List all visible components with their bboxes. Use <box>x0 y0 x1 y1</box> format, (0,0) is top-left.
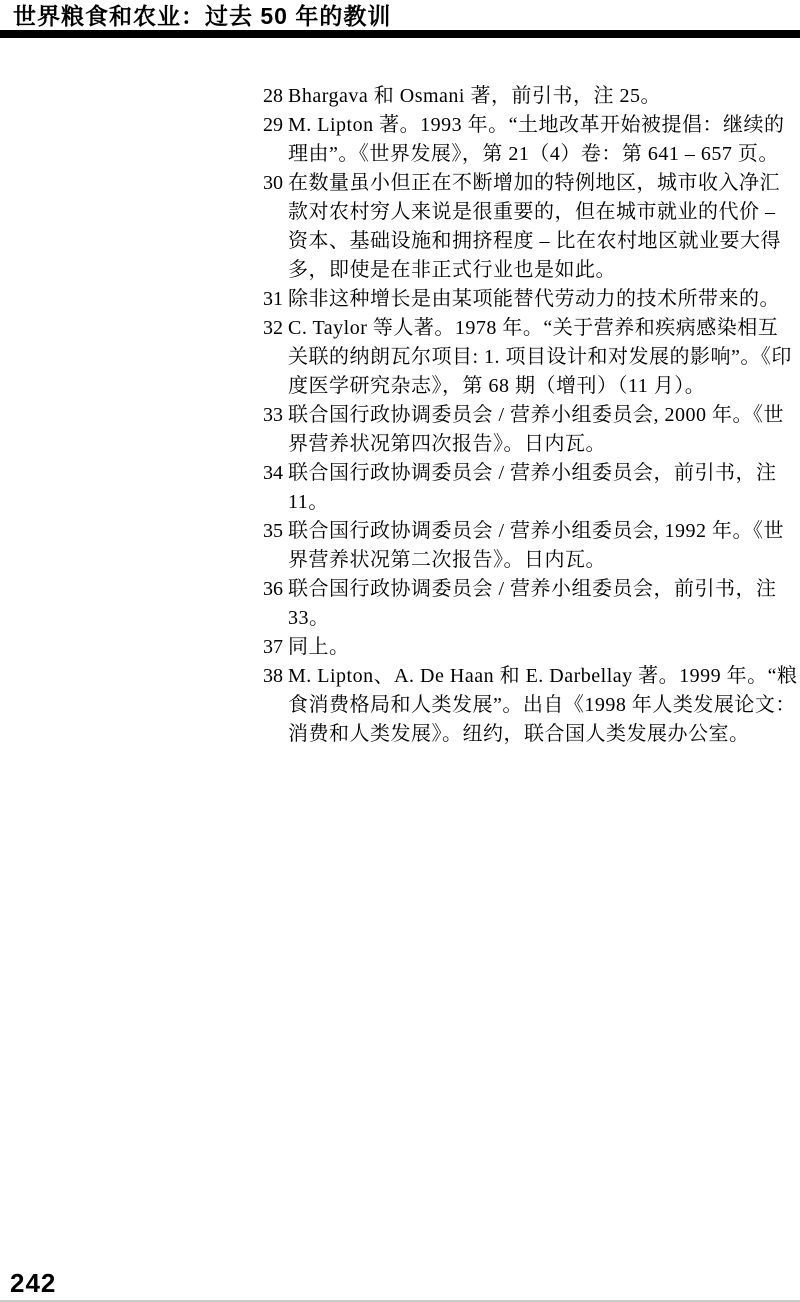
document-page: 世界粮食和农业：过去 50 年的教训 28Bhargava 和 Osmani 著… <box>0 0 800 1302</box>
note-number: 31 <box>263 285 288 314</box>
note-number: 37 <box>263 633 288 662</box>
note-line: 界营养状况第四次报告》。日内瓦。 <box>288 430 798 459</box>
note-item: 36联合国行政协调委员会 / 营养小组委员会，前引书，注33。 <box>263 575 798 633</box>
page-number: 242 <box>10 1268 56 1299</box>
note-number: 34 <box>263 459 288 488</box>
note-line: 联合国行政协调委员会 / 营养小组委员会，前引书，注 <box>288 459 798 488</box>
note-line: M. Lipton、A. De Haan 和 E. Darbellay 著。19… <box>288 662 798 691</box>
note-item: 33联合国行政协调委员会 / 营养小组委员会, 2000 年。《世界营养状况第四… <box>263 401 798 459</box>
note-line: 理由”。《世界发展》，第 21（4）卷：第 641 – 657 页。 <box>288 140 798 169</box>
note-number: 38 <box>263 662 288 691</box>
note-number: 36 <box>263 575 288 604</box>
note-item: 29M. Lipton 著。1993 年。“土地改革开始被提倡：继续的理由”。《… <box>263 111 798 169</box>
note-item: 31除非这种增长是由某项能替代劳动力的技术所带来的。 <box>263 285 798 314</box>
note-number: 29 <box>263 111 288 140</box>
note-item: 34联合国行政协调委员会 / 营养小组委员会，前引书，注11。 <box>263 459 798 517</box>
note-line: 在数量虽小但正在不断增加的特例地区，城市收入净汇 <box>288 169 798 198</box>
note-item: 35联合国行政协调委员会 / 营养小组委员会, 1992 年。《世界营养状况第二… <box>263 517 798 575</box>
header-rule <box>0 30 800 38</box>
note-line: 联合国行政协调委员会 / 营养小组委员会，前引书，注 <box>288 575 798 604</box>
note-line: M. Lipton 著。1993 年。“土地改革开始被提倡：继续的 <box>288 111 798 140</box>
note-line: 消费和人类发展》。纽约，联合国人类发展办公室。 <box>288 720 798 749</box>
note-item: 37同上。 <box>263 633 798 662</box>
note-line: 款对农村穷人来说是很重要的，但在城市就业的代价 – <box>288 198 798 227</box>
note-line: Bhargava 和 Osmani 著，前引书，注 25。 <box>288 82 798 111</box>
note-line: 同上。 <box>288 633 798 662</box>
note-number: 32 <box>263 314 288 343</box>
note-line: 多，即使是在非正式行业也是如此。 <box>288 256 798 285</box>
note-number: 28 <box>263 82 288 111</box>
note-line: 关联的纳朗瓦尔项目: 1. 项目设计和对发展的影响”。《印 <box>288 343 798 372</box>
note-line: 11。 <box>288 488 798 517</box>
note-number: 30 <box>263 169 288 198</box>
note-item: 30在数量虽小但正在不断增加的特例地区，城市收入净汇款对农村穷人来说是很重要的，… <box>263 169 798 285</box>
endnotes-list: 28Bhargava 和 Osmani 著，前引书，注 25。29M. Lipt… <box>263 82 798 749</box>
note-line: 度医学研究杂志》，第 68 期（增刊）（11 月）。 <box>288 372 798 401</box>
note-item: 28Bhargava 和 Osmani 著，前引书，注 25。 <box>263 82 798 111</box>
note-item: 38M. Lipton、A. De Haan 和 E. Darbellay 著。… <box>263 662 798 749</box>
note-line: 联合国行政协调委员会 / 营养小组委员会, 2000 年。《世 <box>288 401 798 430</box>
note-line: 除非这种增长是由某项能替代劳动力的技术所带来的。 <box>288 285 798 314</box>
note-item: 32C. Taylor 等人著。1978 年。“关于营养和疾病感染相互关联的纳朗… <box>263 314 798 401</box>
note-line: 联合国行政协调委员会 / 营养小组委员会, 1992 年。《世 <box>288 517 798 546</box>
note-line: C. Taylor 等人著。1978 年。“关于营养和疾病感染相互 <box>288 314 798 343</box>
running-header-title: 世界粮食和农业：过去 50 年的教训 <box>13 3 391 30</box>
note-number: 33 <box>263 401 288 430</box>
note-line: 食消费格局和人类发展”。出自《1998 年人类发展论文： <box>288 691 798 720</box>
note-line: 资本、基础设施和拥挤程度 – 比在农村地区就业要大得 <box>288 227 798 256</box>
note-line: 界营养状况第二次报告》。日内瓦。 <box>288 546 798 575</box>
note-line: 33。 <box>288 604 798 633</box>
note-number: 35 <box>263 517 288 546</box>
